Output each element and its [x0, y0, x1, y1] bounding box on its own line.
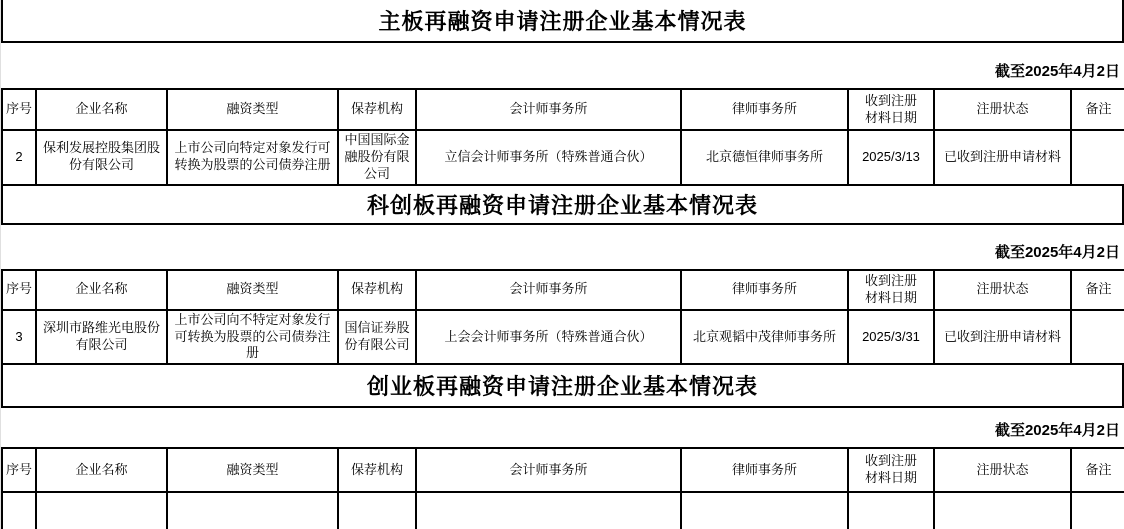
cell-law-firm: 北京观韬中茂律师事务所: [681, 310, 848, 365]
col-financing-type: 融资类型: [167, 270, 338, 310]
main-board-section: 主板再融资申请注册企业基本情况表 截至2025年4月2日 序号 企业名称 融资类…: [1, 0, 1124, 186]
table-title-text: 主板再融资申请注册企业基本情况表: [378, 5, 746, 36]
refinancing-status-sheet: 主板再融资申请注册企业基本情况表 截至2025年4月2日 序号 企业名称 融资类…: [0, 0, 1124, 529]
cell-remarks: [1071, 130, 1124, 185]
table-title: 创业板再融资申请注册企业基本情况表: [1, 365, 1124, 408]
cell-remarks: [1071, 492, 1124, 529]
cell-sponsor: 国信证券股份有限公司: [338, 310, 416, 365]
cell-law-firm: [681, 492, 848, 529]
col-status: 注册状态: [934, 89, 1071, 130]
col-company: 企业名称: [36, 89, 167, 130]
col-status: 注册状态: [934, 448, 1071, 492]
cell-status: [934, 492, 1071, 529]
col-remarks: 备注: [1071, 270, 1124, 310]
table-title-text: 科创板再融资申请注册企业基本情况表: [367, 189, 758, 220]
col-date-received: 收到注册 材料日期: [848, 89, 934, 130]
cell-financing-type: 上市公司向特定对象发行可转换为股票的公司债券注册: [167, 130, 338, 185]
as-of-date: 截至2025年4月2日: [995, 241, 1120, 262]
cell-seq: 3: [2, 310, 36, 365]
cell-seq: [2, 492, 36, 529]
col-law-firm: 律师事务所: [681, 89, 848, 130]
col-company: 企业名称: [36, 270, 167, 310]
as-of-date-row: 截至2025年4月2日: [1, 408, 1124, 447]
cell-status: 已收到注册申请材料: [934, 310, 1071, 365]
col-sponsor: 保荐机构: [338, 270, 416, 310]
col-company: 企业名称: [36, 448, 167, 492]
cell-sponsor: 中国国际金融股份有限公司: [338, 130, 416, 185]
col-date-received: 收到注册 材料日期: [848, 270, 934, 310]
cell-date-received: 2025/3/13: [848, 130, 934, 185]
cell-accounting-firm: 立信会计师事务所（特殊普通合伙）: [416, 130, 681, 185]
table-title: 主板再融资申请注册企业基本情况表: [1, 0, 1124, 43]
col-remarks: 备注: [1071, 448, 1124, 492]
data-row-empty: [2, 492, 1124, 529]
cell-company: 保利发展控股集团股份有限公司: [36, 130, 167, 185]
as-of-date: 截至2025年4月2日: [995, 419, 1120, 440]
cell-remarks: [1071, 310, 1124, 365]
col-law-firm: 律师事务所: [681, 448, 848, 492]
col-seq: 序号: [2, 448, 36, 492]
header-row: 序号 企业名称 融资类型 保荐机构 会计师事务所 律师事务所 收到注册 材料日期…: [2, 89, 1124, 130]
main-board-table: 序号 企业名称 融资类型 保荐机构 会计师事务所 律师事务所 收到注册 材料日期…: [1, 88, 1124, 186]
cell-law-firm: 北京德恒律师事务所: [681, 130, 848, 185]
cell-financing-type: 上市公司向不特定对象发行可转换为股票的公司债券注册: [167, 310, 338, 365]
cell-accounting-firm: [416, 492, 681, 529]
header-row: 序号 企业名称 融资类型 保荐机构 会计师事务所 律师事务所 收到注册 材料日期…: [2, 270, 1124, 310]
as-of-date: 截至2025年4月2日: [995, 60, 1120, 81]
col-status: 注册状态: [934, 270, 1071, 310]
col-seq: 序号: [2, 89, 36, 130]
cell-company: [36, 492, 167, 529]
table-title: 科创板再融资申请注册企业基本情况表: [1, 186, 1124, 225]
col-sponsor: 保荐机构: [338, 89, 416, 130]
table-title-text: 创业板再融资申请注册企业基本情况表: [367, 370, 758, 401]
cell-accounting-firm: 上会会计师事务所（特殊普通合伙）: [416, 310, 681, 365]
data-row: 2 保利发展控股集团股份有限公司 上市公司向特定对象发行可转换为股票的公司债券注…: [2, 130, 1124, 185]
star-board-section: 科创板再融资申请注册企业基本情况表 截至2025年4月2日 序号 企业名称 融资…: [1, 186, 1124, 366]
cell-company: 深圳市路维光电股份有限公司: [36, 310, 167, 365]
col-accounting-firm: 会计师事务所: [416, 89, 681, 130]
col-accounting-firm: 会计师事务所: [416, 270, 681, 310]
cell-sponsor: [338, 492, 416, 529]
cell-date-received: 2025/3/31: [848, 310, 934, 365]
data-row: 3 深圳市路维光电股份有限公司 上市公司向不特定对象发行可转换为股票的公司债券注…: [2, 310, 1124, 365]
col-financing-type: 融资类型: [167, 448, 338, 492]
cell-seq: 2: [2, 130, 36, 185]
as-of-date-row: 截至2025年4月2日: [1, 225, 1124, 269]
chinext-board-table: 序号 企业名称 融资类型 保荐机构 会计师事务所 律师事务所 收到注册 材料日期…: [1, 447, 1124, 529]
col-sponsor: 保荐机构: [338, 448, 416, 492]
col-remarks: 备注: [1071, 89, 1124, 130]
cell-financing-type: [167, 492, 338, 529]
col-law-firm: 律师事务所: [681, 270, 848, 310]
header-row: 序号 企业名称 融资类型 保荐机构 会计师事务所 律师事务所 收到注册 材料日期…: [2, 448, 1124, 492]
col-accounting-firm: 会计师事务所: [416, 448, 681, 492]
col-seq: 序号: [2, 270, 36, 310]
col-date-received: 收到注册 材料日期: [848, 448, 934, 492]
as-of-date-row: 截至2025年4月2日: [1, 43, 1124, 88]
chinext-board-section: 创业板再融资申请注册企业基本情况表 截至2025年4月2日 序号 企业名称 融资…: [1, 365, 1124, 529]
cell-date-received: [848, 492, 934, 529]
star-board-table: 序号 企业名称 融资类型 保荐机构 会计师事务所 律师事务所 收到注册 材料日期…: [1, 269, 1124, 366]
cell-status: 已收到注册申请材料: [934, 130, 1071, 185]
col-financing-type: 融资类型: [167, 89, 338, 130]
